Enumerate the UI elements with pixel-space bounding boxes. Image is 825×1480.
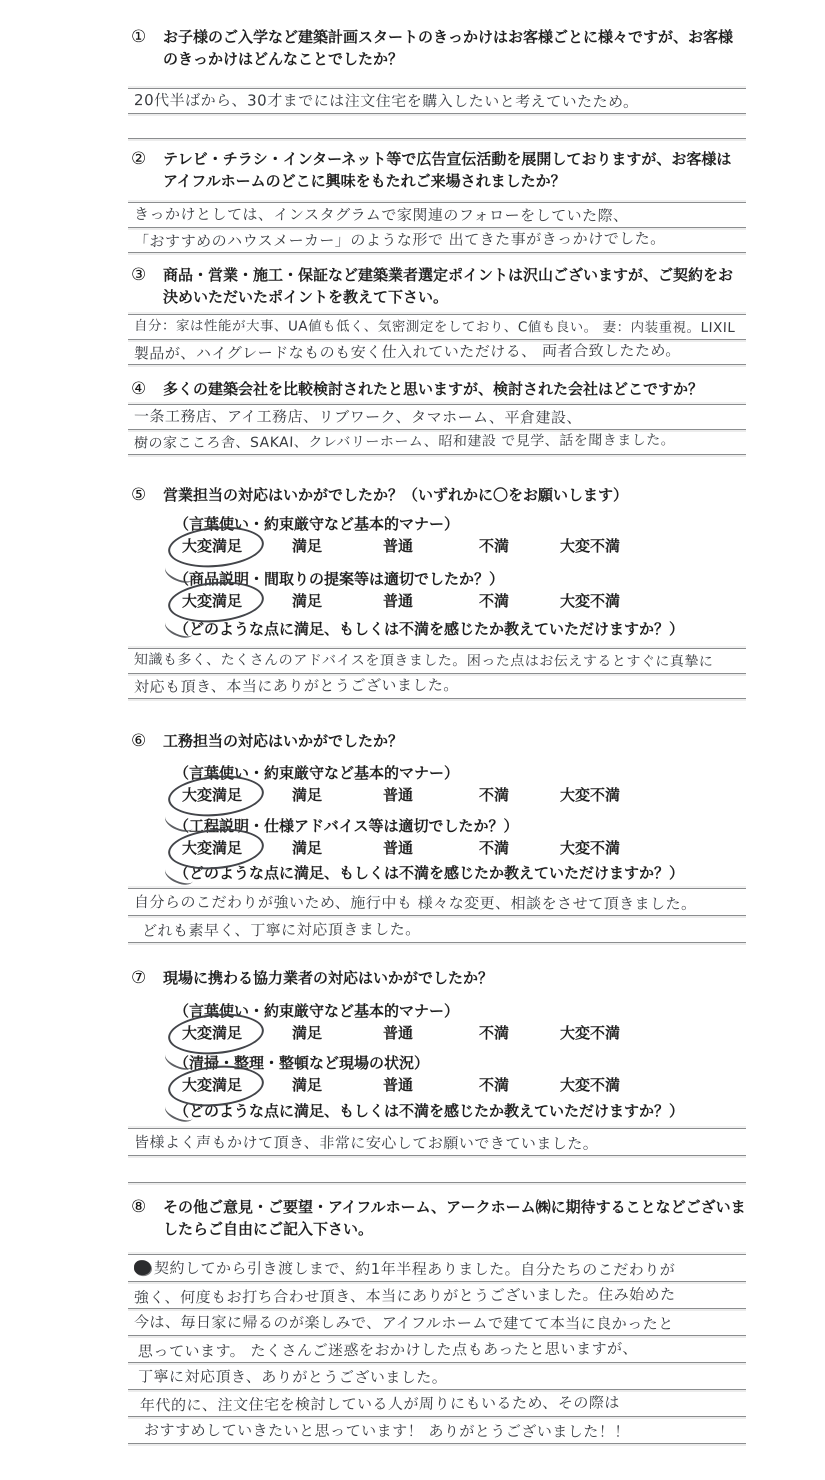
question-3-number: ③: [131, 264, 146, 286]
question-4-answer-area: 一条工務店、アイ工務店、リブワーク、タマホーム、平倉建設、 樹の家こころ舎、SA…: [128, 404, 746, 455]
question-6-text: 工務担当の対応はいかがでしたか？: [163, 730, 746, 752]
question-3-head: ③ 商品・営業・施工・保証など建築業者選定ポイントは沢山ございますが、ご契約をお…: [128, 264, 746, 308]
question-5-answer-area: 知識も多く、たくさんのアドバイスを頂きました。困った点はお伝えするとすぐに真摯に…: [128, 648, 746, 699]
question-8-text: その他ご意見・ご要望・アイフルホーム、アークホーム㈱に期待することなどございまし…: [163, 1196, 746, 1240]
handwritten-text: 契約してから引き渡しまで、約1年半程ありました。自分たちのこだわりが: [134, 1257, 676, 1281]
rating-option: 不満: [479, 784, 509, 806]
answer-line: [128, 114, 746, 139]
answer-line: 丁寧に対応頂き、ありがとうございました。: [128, 1363, 746, 1390]
rating-option: 満足: [292, 535, 322, 557]
rating-option-selected: 大変満足: [182, 1022, 242, 1044]
rating-option-selected: 大変満足: [182, 535, 242, 557]
rating-option: 普通: [383, 535, 413, 557]
rating-option: 大変不満: [560, 837, 620, 859]
answer-line: 皆様よく声もかけて頂き、非常に安心してお願いできていました。: [128, 1129, 746, 1156]
rating-option: 満足: [292, 1022, 322, 1044]
rating-option: 普通: [383, 1074, 413, 1096]
rating-row: 大変満足 満足 普通 不満 大変不満: [128, 590, 746, 612]
handwritten-text: 丁寧に対応頂き、ありがとうございました。: [138, 1365, 448, 1388]
answer-line: きっかけとしては、インスタグラムで家関連のフォローをしていた際、: [128, 203, 746, 228]
answer-line: おすすめしていきたいと思っています！ ありがとうございました！！: [128, 1417, 746, 1444]
rating-option-selected: 大変満足: [182, 784, 242, 806]
rating-option: 普通: [383, 784, 413, 806]
answer-line: 樹の家こころ舎、SAKAI、クレバリーホーム、昭和建設 で見学、話を聞きました。: [128, 430, 746, 455]
question-3-answer-area: 自分：家は性能が大事、UA値も低く、気密測定をしており、C値も良い。 妻：内装重…: [128, 314, 746, 365]
question-7-number: ⑦: [131, 967, 146, 989]
answer-line: 自分らのこだわりが強いため、施行中も 様々な変更、相談をさせて頂きました。: [128, 889, 746, 916]
question-5-number: ⑤: [131, 484, 146, 506]
answer-line: 今は、毎日家に帰るのが楽しみで、アイフルホームで建てて本当に良かったと: [128, 1309, 746, 1336]
question-1-answer-area: 20代半ばから、30才までには注文住宅を購入したいと考えていたため。: [128, 88, 746, 139]
question-4-number: ④: [131, 378, 146, 400]
answer-line: 一条工務店、アイ工務店、リブワーク、タマホーム、平倉建設、: [128, 405, 746, 430]
handwritten-text: 皆様よく声もかけて頂き、非常に安心してお願いできていました。: [134, 1131, 599, 1155]
answer-line: どれも素早く、丁寧に対応頂きました。: [128, 916, 746, 943]
handwritten-text: 自分：家は性能が大事、UA値も低く、気密測定をしており、C値も良い。 妻：内装重…: [134, 315, 736, 339]
handwritten-text: 強く、何度もお打ち合わせ頂き、本当にありがとうございました。住み始めた: [134, 1283, 676, 1308]
question-2-head: ② テレビ・チラシ・インターネット等で広告宣伝活動を展開しておりますが、お客様は…: [128, 148, 746, 192]
rating-option-selected: 大変満足: [182, 837, 242, 859]
answer-line: 知識も多く、たくさんのアドバイスを頂きました。困った点はお伝えするとすぐに真摯に: [128, 649, 746, 674]
question-7-head: ⑦ 現場に携わる協力業者の対応はいかがでしたか？: [128, 967, 746, 989]
handwritten-text: 知識も多く、たくさんのアドバイスを頂きました。困った点はお伝えするとすぐに真摯に: [134, 649, 714, 673]
question-1-head: ① お子様のご入学など建築計画スタートのきっかけはお客様ごとに様々ですが、お客様…: [128, 26, 746, 70]
question-5-head: ⑤ 営業担当の対応はいかがでしたか？（いずれかに〇をお願いします）: [128, 484, 746, 506]
rating-option: 不満: [479, 837, 509, 859]
rating-option: 大変不満: [560, 1074, 620, 1096]
question-7: ⑦ 現場に携わる協力業者の対応はいかがでしたか？ （言葉使い・約束厳守など基本的…: [128, 967, 746, 1183]
rating-row: 大変満足 満足 普通 不満 大変不満: [128, 1022, 746, 1044]
rating-option: 不満: [479, 1074, 509, 1096]
question-2: ② テレビ・チラシ・インターネット等で広告宣伝活動を展開しておりますが、お客様は…: [128, 148, 746, 253]
handwritten-text: 製品が、ハイグレードなものも安く仕入れていただける、 両者合致したため。: [134, 339, 682, 364]
rating-option: 大変不満: [560, 1022, 620, 1044]
question-6-answer-area: 自分らのこだわりが強いため、施行中も 様々な変更、相談をさせて頂きました。 どれ…: [128, 888, 746, 943]
question-3: ③ 商品・営業・施工・保証など建築業者選定ポイントは沢山ございますが、ご契約をお…: [128, 264, 746, 365]
handwritten-text: おすすめしていきたいと思っています！ ありがとうございました！！: [144, 1419, 630, 1443]
rating-option: 普通: [383, 590, 413, 612]
question-8: ⑧ その他ご意見・ご要望・アイフルホーム、アークホーム㈱に期待することなどござい…: [128, 1196, 746, 1444]
handwritten-text: 対応も頂き、本当にありがとうございました。: [134, 674, 460, 698]
handwritten-text: 「おすすめのハウスメーカー」のような形で 出てきた事がきっかけでした。: [134, 227, 666, 252]
rating-option: 大変不満: [560, 590, 620, 612]
rating-option: 不満: [479, 535, 509, 557]
rating-row: 大変満足 満足 普通 不満 大変不満: [128, 784, 746, 806]
answer-line: 年代的に、注文住宅を検討している人が周りにもいるため、その際は: [128, 1390, 746, 1417]
answer-line: [128, 1156, 746, 1183]
question-2-number: ②: [131, 148, 146, 170]
rating-option: 不満: [479, 1022, 509, 1044]
answer-line: 対応も頂き、本当にありがとうございました。: [128, 674, 746, 699]
answer-line: 思っています。 たくさんご迷惑をおかけした点もあったと思いますが、: [128, 1336, 746, 1363]
question-2-text: テレビ・チラシ・インターネット等で広告宣伝活動を展開しておりますが、お客様はアイ…: [163, 148, 746, 192]
question-6-head: ⑥ 工務担当の対応はいかがでしたか？: [128, 730, 746, 752]
rating-option: 満足: [292, 837, 322, 859]
question-4: ④ 多くの建築会社を比較検討されたと思いますが、検討された会社はどこですか？ 一…: [128, 378, 746, 455]
question-3-text: 商品・営業・施工・保証など建築業者選定ポイントは沢山ございますが、ご契約をお決め…: [163, 264, 746, 308]
question-1-number: ①: [131, 26, 146, 48]
handwritten-text: どれも素早く、丁寧に対応頂きました。: [142, 918, 421, 942]
handwritten-text: 樹の家こころ舎、SAKAI、クレバリーホーム、昭和建設 で見学、話を聞きました。: [134, 429, 676, 454]
answer-line: 強く、何度もお打ち合わせ頂き、本当にありがとうございました。住み始めた: [128, 1282, 746, 1309]
rating-option: 大変不満: [560, 535, 620, 557]
answer-line: 契約してから引き渡しまで、約1年半程ありました。自分たちのこだわりが: [128, 1255, 746, 1282]
answer-line: 20代半ばから、30才までには注文住宅を購入したいと考えていたため。: [128, 89, 746, 114]
question-5-text: 営業担当の対応はいかがでしたか？（いずれかに〇をお願いします）: [163, 484, 746, 506]
rating-option: 満足: [292, 784, 322, 806]
question-8-head: ⑧ その他ご意見・ご要望・アイフルホーム、アークホーム㈱に期待することなどござい…: [128, 1196, 746, 1240]
question-6-number: ⑥: [131, 730, 146, 752]
scribble-mark: [134, 1260, 151, 1275]
rating-option-selected: 大変満足: [182, 1074, 242, 1096]
rating-option: 普通: [383, 837, 413, 859]
rating-option: 満足: [292, 1074, 322, 1096]
rating-row: 大変満足 満足 普通 不満 大変不満: [128, 535, 746, 557]
answer-line: 「おすすめのハウスメーカー」のような形で 出てきた事がきっかけでした。: [128, 228, 746, 253]
question-8-number: ⑧: [131, 1196, 146, 1218]
question-6: ⑥ 工務担当の対応はいかがでしたか？ （言葉使い・約束厳守など基本的マナー） 大…: [128, 730, 746, 943]
question-7-text: 現場に携わる協力業者の対応はいかがでしたか？: [163, 967, 746, 989]
rating-row: 大変満足 満足 普通 不満 大変不満: [128, 837, 746, 859]
question-4-head: ④ 多くの建築会社を比較検討されたと思いますが、検討された会社はどこですか？: [128, 378, 746, 400]
question-4-text: 多くの建築会社を比較検討されたと思いますが、検討された会社はどこですか？: [163, 378, 746, 400]
handwritten-text: 思っています。 たくさんご迷惑をおかけした点もあったと思いますが、: [138, 1337, 639, 1362]
survey-sheet: ① お子様のご入学など建築計画スタートのきっかけはお客様ごとに様々ですが、お客様…: [128, 0, 746, 1444]
question-5: ⑤ 営業担当の対応はいかがでしたか？（いずれかに〇をお願いします） （言葉使い・…: [128, 484, 746, 699]
handwritten-text: 年代的に、注文住宅を検討している人が周りにもいるため、その際は: [140, 1392, 621, 1417]
rating-row: 大変満足 満足 普通 不満 大変不満: [128, 1074, 746, 1096]
answer-line: 製品が、ハイグレードなものも安く仕入れていただける、 両者合致したため。: [128, 340, 746, 365]
handwritten-text: 20代半ばから、30才までには注文住宅を購入したいと考えていたため。: [134, 89, 639, 113]
question-1-text: お子様のご入学など建築計画スタートのきっかけはお客様ごとに様々ですが、お客様のき…: [163, 26, 746, 70]
rating-option: 満足: [292, 590, 322, 612]
question-2-answer-area: きっかけとしては、インスタグラムで家関連のフォローをしていた際、 「おすすめのハ…: [128, 202, 746, 253]
question-8-answer-area: 契約してから引き渡しまで、約1年半程ありました。自分たちのこだわりが 強く、何度…: [128, 1254, 746, 1444]
rating-option: 大変不満: [560, 784, 620, 806]
answer-line: 自分：家は性能が大事、UA値も低く、気密測定をしており、C値も良い。 妻：内装重…: [128, 315, 746, 340]
rating-option: 不満: [479, 590, 509, 612]
handwritten-text: きっかけとしては、インスタグラムで家関連のフォローをしていた際、: [134, 203, 629, 227]
question-1: ① お子様のご入学など建築計画スタートのきっかけはお客様ごとに様々ですが、お客様…: [128, 26, 746, 139]
question-7-answer-area: 皆様よく声もかけて頂き、非常に安心してお願いできていました。: [128, 1128, 746, 1183]
rating-option: 普通: [383, 1022, 413, 1044]
handwritten-text: 一条工務店、アイ工務店、リブワーク、タマホーム、平倉建設、: [134, 405, 582, 429]
handwritten-text: 自分らのこだわりが強いため、施行中も 様々な変更、相談をさせて頂きました。: [134, 891, 697, 915]
handwritten-text: 今は、毎日家に帰るのが楽しみで、アイフルホームで建てて本当に良かったと: [134, 1311, 674, 1335]
rating-option-selected: 大変満足: [182, 590, 242, 612]
